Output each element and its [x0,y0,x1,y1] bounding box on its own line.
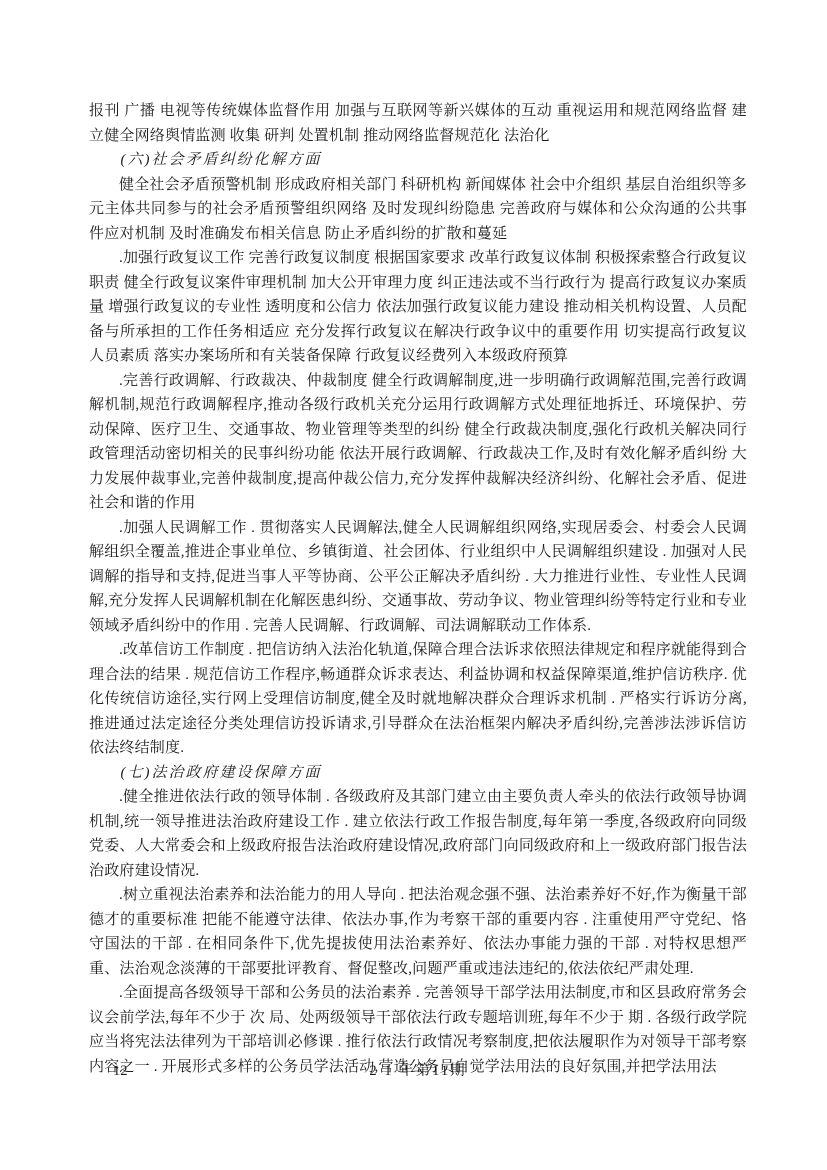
page-number: 12 [113,1058,128,1084]
paragraph: .加强行政复议工作 完善行政复议制度 根据国家要求 改革行政复议体制 积极探索整… [89,246,747,369]
paragraph: .树立重视法治素养和法治能力的用人导向 . 把法治观念强不强、法治素养好不好,作… [89,883,747,981]
paragraph: 报刊 广播 电视等传统媒体监督作用 加强与互联网等新兴媒体的互动 重视运用和规范… [89,99,747,148]
section-heading: (七)法治政府建设保障方面 [89,761,747,786]
paragraph: .改革信访工作制度 . 把信访纳入法治化轨道,保障合理合法诉求依照法律规定和程序… [89,638,747,761]
paragraph: 健全社会矛盾预警机制 形成政府相关部门 科研机构 新闻媒体 社会中介组织 基层自… [89,173,747,247]
section-heading: (六)社会矛盾纠纷化解方面 [89,148,747,173]
page-footer: 12 2 1 年第11期 [89,1058,747,1084]
document-content: 报刊 广播 电视等传统媒体监督作用 加强与互联网等新兴媒体的互动 重视运用和规范… [89,99,747,1079]
paragraph: .加强人民调解工作 . 贯彻落实人民调解法,健全人民调解组织网络,实现居委会、村… [89,516,747,639]
document-page: 报刊 广播 电视等传统媒体监督作用 加强与互联网等新兴媒体的互动 重视运用和规范… [0,0,827,1170]
issue-label: 2 1 年第11期 [89,1058,747,1084]
paragraph: .完善行政调解、行政裁决、仲裁制度 健全行政调解制度,进一步明确行政调解范围,完… [89,369,747,516]
paragraph: .健全推进依法行政的领导体制 . 各级政府及其部门建立由主要负责人牵头的依法行政… [89,785,747,883]
